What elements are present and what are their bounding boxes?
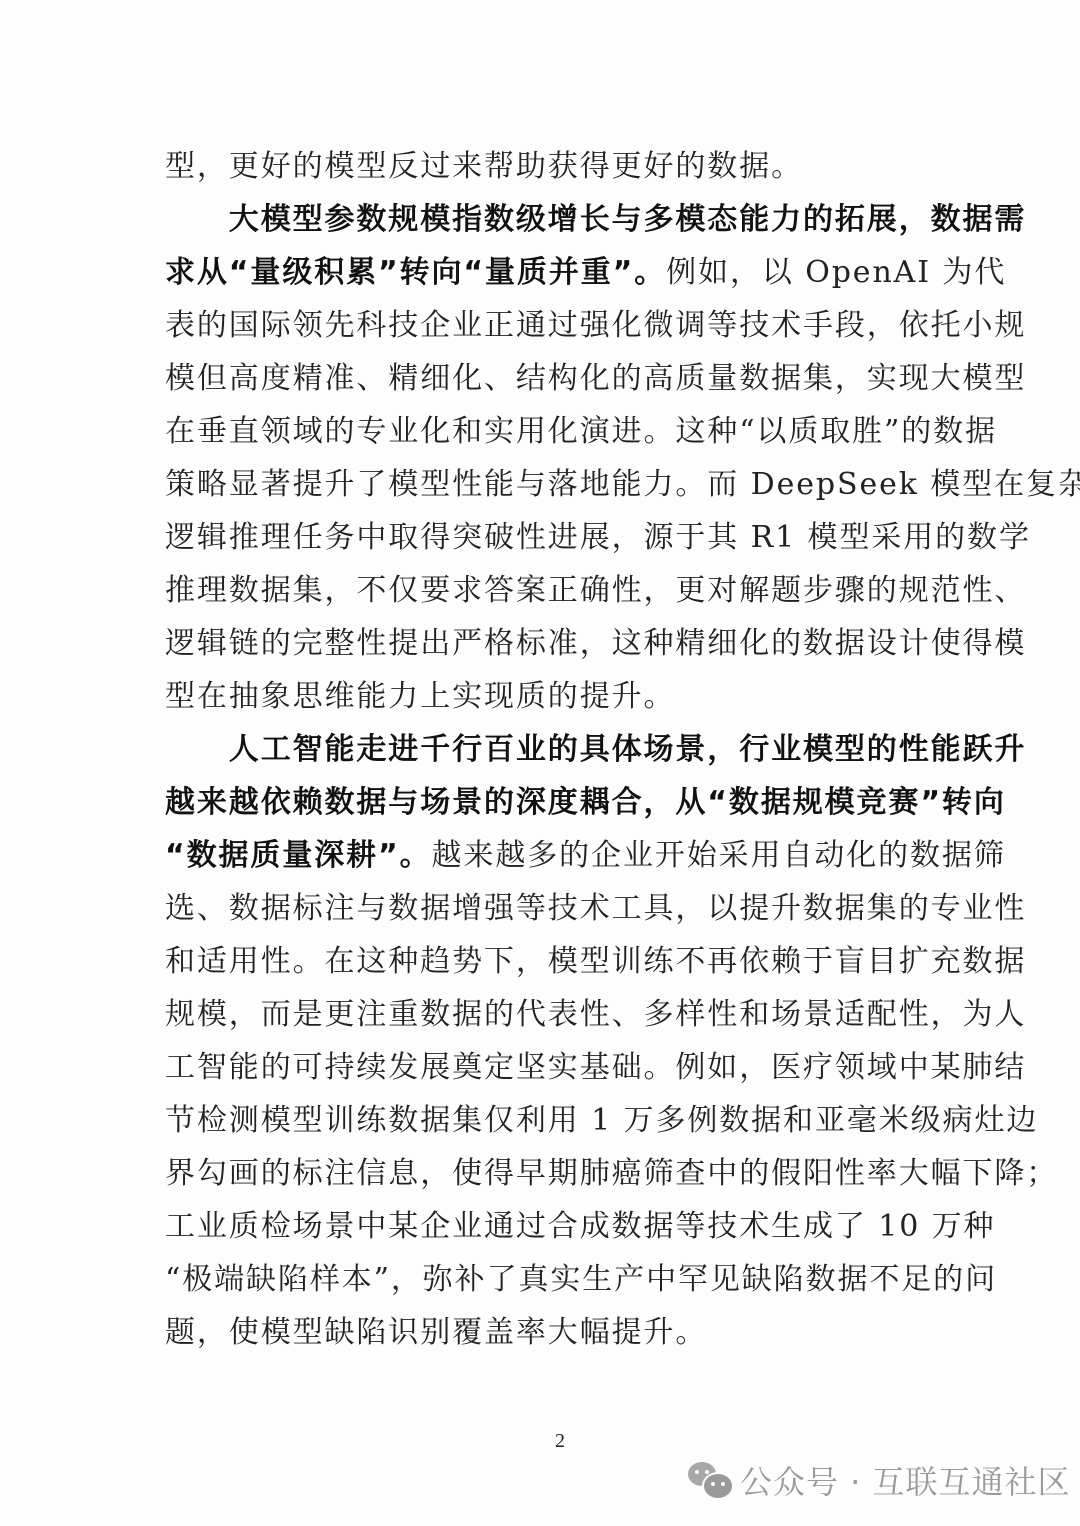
text-line: “极端缺陷样本”，弥补了真实生产中罕见缺陷数据不足的问: [165, 1253, 915, 1306]
text-run: 界勾画的标注信息，使得早期肺癌筛查中的假阳性率大幅下降；: [165, 1156, 1058, 1191]
text-line: 推理数据集，不仅要求答案正确性，更对解题步骤的规范性、: [165, 564, 915, 617]
text-run: 模但高度精准、精细化、结构化的高质量数据集，实现大模型: [165, 361, 1026, 396]
text-run: 工智能的可持续发展奠定坚实基础。例如，医疗领域中某肺结: [165, 1050, 1026, 1085]
text-line: 规模，而是更注重数据的代表性、多样性和场景适配性，为人: [165, 988, 915, 1041]
text-run: 规模，而是更注重数据的代表性、多样性和场景适配性，为人: [165, 997, 1026, 1032]
text-line: 和适用性。在这种趋势下，模型训练不再依赖于盲目扩充数据: [165, 935, 915, 988]
text-run: 逻辑链的完整性提出严格标准，这种精细化的数据设计使得模: [165, 626, 1026, 661]
text-line: 越来越依赖数据与场景的深度耦合，从“数据规模竞赛”转向: [165, 776, 915, 829]
bold-text-run: 大模型参数规模指数级增长与多模态能力的拓展，数据需: [165, 202, 1026, 237]
text-run: 选、数据标注与数据增强等技术工具，以提升数据集的专业性: [165, 891, 1026, 926]
page-number: 2: [555, 1430, 565, 1453]
watermark: 公众号 · 互联互通社区: [688, 1455, 1071, 1505]
wechat-icon: [688, 1460, 732, 1500]
text-run: 策略显著提升了模型性能与落地能力。而 DeepSeek 模型在复杂: [165, 467, 1080, 502]
text-line: 模但高度精准、精细化、结构化的高质量数据集，实现大模型: [165, 352, 915, 405]
text-line: “数据质量深耕”。越来越多的企业开始采用自动化的数据筛: [165, 829, 915, 882]
text-run: 型，更好的模型反过来帮助获得更好的数据。: [165, 149, 803, 184]
text-run: 节检测模型训练数据集仅利用 1 万多例数据和亚毫米级病灶边: [165, 1103, 1038, 1138]
text-line: 节检测模型训练数据集仅利用 1 万多例数据和亚毫米级病灶边: [165, 1094, 915, 1147]
text-run: 在垂直领域的专业化和实用化演进。这种“以质取胜”的数据: [165, 414, 997, 449]
text-line: 工业质检场景中某企业通过合成数据等技术生成了 10 万种: [165, 1200, 915, 1253]
text-run: 表的国际领先科技企业正通过强化微调等技术手段，依托小规: [165, 308, 1026, 343]
text-line: 求从“量级积累”转向“量质并重”。例如，以 OpenAI 为代: [165, 246, 915, 299]
text-run: 逻辑推理任务中取得突破性进展，源于其 R1 模型采用的数学: [165, 520, 1031, 555]
text-run: 工业质检场景中某企业通过合成数据等技术生成了 10 万种: [165, 1209, 995, 1244]
text-run: 越来越多的企业开始采用自动化的数据筛: [432, 838, 1006, 873]
text-run: 型在抽象思维能力上实现质的提升。: [165, 679, 675, 714]
text-line: 型，更好的模型反过来帮助获得更好的数据。: [165, 140, 915, 193]
text-line: 逻辑推理任务中取得突破性进展，源于其 R1 模型采用的数学: [165, 511, 915, 564]
text-line: 选、数据标注与数据增强等技术工具，以提升数据集的专业性: [165, 882, 915, 935]
text-run: 推理数据集，不仅要求答案正确性，更对解题步骤的规范性、: [165, 573, 1026, 608]
document-body: 型，更好的模型反过来帮助获得更好的数据。 大模型参数规模指数级增长与多模态能力的…: [165, 140, 915, 1359]
paragraph-heading-line: 人工智能走进千行百业的具体场景，行业模型的性能跃升: [165, 723, 915, 776]
bold-text-run: 越来越依赖数据与场景的深度耦合，从“数据规模竞赛”转向: [165, 785, 1006, 820]
paragraph-heading-line: 大模型参数规模指数级增长与多模态能力的拓展，数据需: [165, 193, 915, 246]
text-line: 表的国际领先科技企业正通过强化微调等技术手段，依托小规: [165, 299, 915, 352]
text-run: 题，使模型缺陷识别覆盖率大幅提升。: [165, 1315, 707, 1350]
text-line: 工智能的可持续发展奠定坚实基础。例如，医疗领域中某肺结: [165, 1041, 915, 1094]
text-line: 界勾画的标注信息，使得早期肺癌筛查中的假阳性率大幅下降；: [165, 1147, 915, 1200]
watermark-text: 公众号 · 互联互通社区: [740, 1457, 1071, 1503]
text-line: 型在抽象思维能力上实现质的提升。: [165, 670, 915, 723]
text-line: 题，使模型缺陷识别覆盖率大幅提升。: [165, 1306, 915, 1359]
text-run: 例如，以 OpenAI 为代: [666, 255, 1006, 290]
text-line: 在垂直领域的专业化和实用化演进。这种“以质取胜”的数据: [165, 405, 915, 458]
bold-text-run: “数据质量深耕”。: [165, 838, 432, 873]
text-run: 和适用性。在这种趋势下，模型训练不再依赖于盲目扩充数据: [165, 944, 1026, 979]
text-run: “极端缺陷样本”，弥补了真实生产中罕见缺陷数据不足的问: [165, 1262, 997, 1297]
text-line: 逻辑链的完整性提出严格标准，这种精细化的数据设计使得模: [165, 617, 915, 670]
bold-text-run: 人工智能走进千行百业的具体场景，行业模型的性能跃升: [165, 732, 1026, 767]
text-line: 策略显著提升了模型性能与落地能力。而 DeepSeek 模型在复杂: [165, 458, 915, 511]
bold-text-run: 求从“量级积累”转向“量质并重”。: [165, 255, 666, 290]
